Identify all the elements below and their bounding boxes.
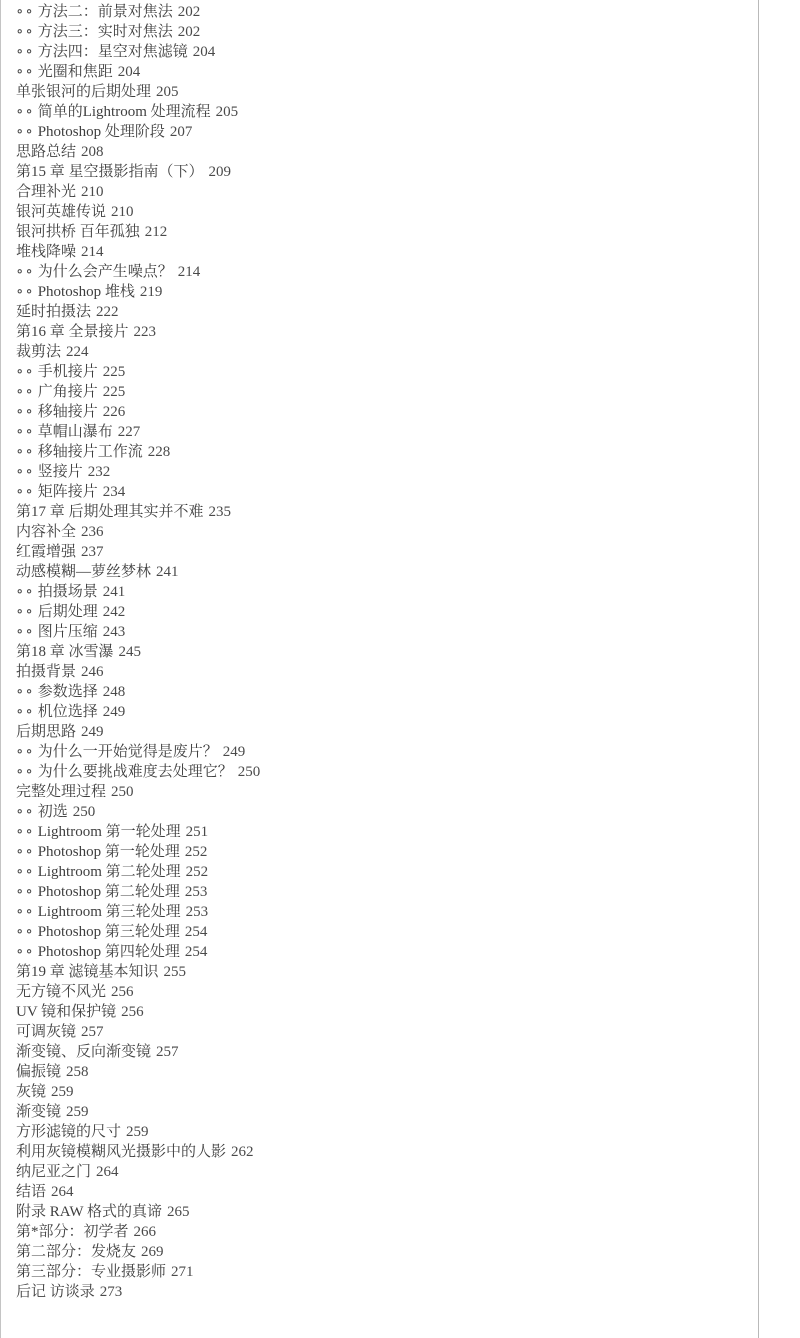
toc-row: ∘∘方法三：实时对焦法202 [16, 22, 754, 42]
toc-entry-title: 后记 访谈录 [16, 1284, 95, 1300]
double-circle-bullet-icon: ∘∘ [16, 122, 35, 142]
toc-entry-title: 第*部分：初学者 [16, 1224, 129, 1240]
toc-entry-title: 第18 章 冰雪瀑 [16, 644, 114, 660]
toc-entry-title: 参数选择 [38, 684, 98, 700]
toc-entry-title: 为什么一开始觉得是废片？ [38, 744, 218, 760]
toc-entry-title: 单张银河的后期处理 [16, 84, 151, 100]
toc-entry-title: 拍摄背景 [16, 664, 76, 680]
toc-entry-title: 方法三：实时对焦法 [38, 24, 173, 40]
toc-entry-page-number: 243 [103, 624, 126, 640]
toc-row: ∘∘Photoshop 第四轮处理254 [16, 942, 754, 962]
toc-row: UV 镜和保护镜256 [16, 1002, 754, 1022]
toc-entry-page-number: 241 [156, 564, 179, 580]
double-circle-bullet-icon: ∘∘ [16, 22, 35, 42]
toc-entry-page-number: 257 [156, 1044, 179, 1060]
toc-row: ∘∘Photoshop 处理阶段207 [16, 122, 754, 142]
toc-row: 堆栈降噪214 [16, 242, 754, 262]
toc-entry-page-number: 249 [223, 744, 246, 760]
toc-entry-page-number: 246 [81, 664, 104, 680]
toc-row: 单张银河的后期处理205 [16, 82, 754, 102]
toc-entry-page-number: 250 [111, 784, 134, 800]
table-of-contents: ∘∘方法二：前景对焦法202 ∘∘方法三：实时对焦法202 ∘∘方法四：星空对焦… [1, 0, 800, 1302]
toc-entry-page-number: 264 [96, 1164, 119, 1180]
toc-row: ∘∘参数选择248 [16, 682, 754, 702]
toc-entry-page-number: 257 [81, 1024, 104, 1040]
toc-row: ∘∘Photoshop 第二轮处理253 [16, 882, 754, 902]
toc-entry-title: 内容补全 [16, 524, 76, 540]
toc-entry-page-number: 251 [186, 824, 209, 840]
toc-entry-title: Lightroom 第三轮处理 [38, 904, 181, 920]
double-circle-bullet-icon: ∘∘ [16, 442, 35, 462]
toc-entry-title: 银河拱桥 百年孤独 [16, 224, 140, 240]
toc-row: ∘∘为什么会产生噪点？214 [16, 262, 754, 282]
toc-entry-title: 后期处理 [38, 604, 98, 620]
toc-row: 利用灰镜模糊风光摄影中的人影262 [16, 1142, 754, 1162]
toc-entry-title: Photoshop 第三轮处理 [38, 924, 180, 940]
toc-row: 第19 章 滤镜基本知识255 [16, 962, 754, 982]
toc-entry-title: 第19 章 滤镜基本知识 [16, 964, 159, 980]
double-circle-bullet-icon: ∘∘ [16, 602, 35, 622]
toc-row: 可调灰镜257 [16, 1022, 754, 1042]
toc-entry-page-number: 259 [126, 1124, 149, 1140]
toc-row: 方形滤镜的尺寸259 [16, 1122, 754, 1142]
toc-row: 附录 RAW 格式的真谛265 [16, 1202, 754, 1222]
toc-entry-title: 为什么会产生噪点？ [38, 264, 173, 280]
toc-entry-title: 广角接片 [38, 384, 98, 400]
toc-row: ∘∘移轴接片226 [16, 402, 754, 422]
toc-entry-title: Lightroom 第二轮处理 [38, 864, 181, 880]
toc-entry-title: 草帽山瀑布 [38, 424, 113, 440]
toc-row: 合理补光210 [16, 182, 754, 202]
double-circle-bullet-icon: ∘∘ [16, 262, 35, 282]
toc-entry-page-number: 259 [51, 1084, 74, 1100]
double-circle-bullet-icon: ∘∘ [16, 382, 35, 402]
toc-entry-title: Photoshop 第一轮处理 [38, 844, 180, 860]
toc-row: ∘∘为什么要挑战难度去处理它？250 [16, 762, 754, 782]
toc-entry-title: 方法二：前景对焦法 [38, 4, 173, 20]
toc-row: 无方镜不风光256 [16, 982, 754, 1002]
toc-row: ∘∘Lightroom 第一轮处理251 [16, 822, 754, 842]
double-circle-bullet-icon: ∘∘ [16, 922, 35, 942]
toc-entry-title: 后期思路 [16, 724, 76, 740]
double-circle-bullet-icon: ∘∘ [16, 942, 35, 962]
toc-entry-title: 裁剪法 [16, 344, 61, 360]
toc-entry-page-number: 255 [164, 964, 187, 980]
toc-entry-title: Lightroom 第一轮处理 [38, 824, 181, 840]
toc-entry-title: 图片压缩 [38, 624, 98, 640]
double-circle-bullet-icon: ∘∘ [16, 362, 35, 382]
toc-entry-title: 银河英雄传说 [16, 204, 106, 220]
toc-entry-title: 思路总结 [16, 144, 76, 160]
toc-row: ∘∘Photoshop 第一轮处理252 [16, 842, 754, 862]
toc-entry-page-number: 205 [216, 104, 239, 120]
toc-entry-page-number: 228 [148, 444, 171, 460]
toc-entry-page-number: 250 [238, 764, 261, 780]
toc-entry-title: 可调灰镜 [16, 1024, 76, 1040]
toc-entry-title: 合理补光 [16, 184, 76, 200]
toc-row: ∘∘后期处理242 [16, 602, 754, 622]
toc-entry-page-number: 236 [81, 524, 104, 540]
toc-row: 第17 章 后期处理其实并不难235 [16, 502, 754, 522]
toc-entry-title: 机位选择 [38, 704, 98, 720]
toc-entry-page-number: 249 [103, 704, 126, 720]
toc-entry-title: 附录 RAW 格式的真谛 [16, 1204, 162, 1220]
toc-entry-page-number: 259 [66, 1104, 89, 1120]
toc-entry-title: 灰镜 [16, 1084, 46, 1100]
toc-entry-title: Photoshop 第二轮处理 [38, 884, 180, 900]
toc-entry-title: 完整处理过程 [16, 784, 106, 800]
double-circle-bullet-icon: ∘∘ [16, 582, 35, 602]
toc-row: 完整处理过程250 [16, 782, 754, 802]
toc-entry-title: 移轴接片 [38, 404, 98, 420]
toc-entry-page-number: 250 [73, 804, 96, 820]
double-circle-bullet-icon: ∘∘ [16, 902, 35, 922]
toc-entry-page-number: 226 [103, 404, 126, 420]
toc-row: ∘∘方法四：星空对焦滤镜204 [16, 42, 754, 62]
toc-entry-page-number: 237 [81, 544, 104, 560]
toc-entry-title: 光圈和焦距 [38, 64, 113, 80]
toc-row: 渐变镜259 [16, 1102, 754, 1122]
toc-row: 渐变镜、反向渐变镜257 [16, 1042, 754, 1062]
toc-row: ∘∘初选250 [16, 802, 754, 822]
toc-entry-title: 纳尼亚之门 [16, 1164, 91, 1180]
toc-row: 动感模糊—萝丝梦林241 [16, 562, 754, 582]
toc-row: ∘∘为什么一开始觉得是废片？249 [16, 742, 754, 762]
toc-entry-page-number: 235 [209, 504, 232, 520]
double-circle-bullet-icon: ∘∘ [16, 482, 35, 502]
double-circle-bullet-icon: ∘∘ [16, 862, 35, 882]
toc-entry-title: 简单的Lightroom 处理流程 [38, 104, 211, 120]
toc-entry-page-number: 256 [121, 1004, 144, 1020]
toc-entry-title: 无方镜不风光 [16, 984, 106, 1000]
toc-row: ∘∘拍摄场景241 [16, 582, 754, 602]
toc-entry-page-number: 249 [81, 724, 104, 740]
toc-row: 思路总结208 [16, 142, 754, 162]
toc-entry-title: 移轴接片工作流 [38, 444, 143, 460]
toc-entry-page-number: 227 [118, 424, 141, 440]
double-circle-bullet-icon: ∘∘ [16, 422, 35, 442]
toc-row: ∘∘简单的Lightroom 处理流程205 [16, 102, 754, 122]
toc-row: ∘∘Photoshop 第三轮处理254 [16, 922, 754, 942]
toc-row: ∘∘Lightroom 第三轮处理253 [16, 902, 754, 922]
toc-entry-page-number: 219 [140, 284, 163, 300]
toc-row: 后期思路249 [16, 722, 754, 742]
toc-entry-page-number: 225 [103, 364, 126, 380]
double-circle-bullet-icon: ∘∘ [16, 702, 35, 722]
toc-entry-page-number: 273 [100, 1284, 123, 1300]
double-circle-bullet-icon: ∘∘ [16, 802, 35, 822]
toc-entry-title: UV 镜和保护镜 [16, 1004, 116, 1020]
toc-row: ∘∘矩阵接片234 [16, 482, 754, 502]
double-circle-bullet-icon: ∘∘ [16, 42, 35, 62]
toc-row: 纳尼亚之门264 [16, 1162, 754, 1182]
double-circle-bullet-icon: ∘∘ [16, 62, 35, 82]
toc-entry-page-number: 262 [231, 1144, 254, 1160]
toc-entry-page-number: 248 [103, 684, 126, 700]
toc-entry-page-number: 223 [134, 324, 157, 340]
toc-row: ∘∘广角接片225 [16, 382, 754, 402]
toc-entry-page-number: 264 [51, 1184, 74, 1200]
toc-entry-page-number: 214 [178, 264, 201, 280]
toc-entry-title: 渐变镜 [16, 1104, 61, 1120]
double-circle-bullet-icon: ∘∘ [16, 622, 35, 642]
toc-entry-page-number: 252 [186, 864, 209, 880]
toc-entry-page-number: 254 [185, 924, 208, 940]
toc-entry-page-number: 242 [103, 604, 126, 620]
toc-entry-page-number: 225 [103, 384, 126, 400]
toc-entry-page-number: 210 [81, 184, 104, 200]
toc-row: 灰镜259 [16, 1082, 754, 1102]
toc-entry-title: 第17 章 后期处理其实并不难 [16, 504, 204, 520]
toc-entry-page-number: 265 [167, 1204, 190, 1220]
toc-row: 第15 章 星空摄影指南（下）209 [16, 162, 754, 182]
toc-entry-page-number: 252 [185, 844, 208, 860]
double-circle-bullet-icon: ∘∘ [16, 682, 35, 702]
toc-entry-title: Photoshop 处理阶段 [38, 124, 165, 140]
toc-entry-page-number: 232 [88, 464, 111, 480]
toc-entry-page-number: 205 [156, 84, 179, 100]
toc-entry-title: 结语 [16, 1184, 46, 1200]
double-circle-bullet-icon: ∘∘ [16, 402, 35, 422]
toc-entry-page-number: 269 [141, 1244, 164, 1260]
toc-page: ∘∘方法二：前景对焦法202 ∘∘方法三：实时对焦法202 ∘∘方法四：星空对焦… [0, 0, 800, 1338]
toc-entry-title: 第16 章 全景接片 [16, 324, 129, 340]
toc-row: 裁剪法224 [16, 342, 754, 362]
toc-entry-page-number: 214 [81, 244, 104, 260]
toc-entry-title: 第三部分：专业摄影师 [16, 1264, 166, 1280]
double-circle-bullet-icon: ∘∘ [16, 462, 35, 482]
toc-entry-page-number: 207 [170, 124, 193, 140]
double-circle-bullet-icon: ∘∘ [16, 102, 35, 122]
toc-entry-page-number: 256 [111, 984, 134, 1000]
toc-entry-title: 手机接片 [38, 364, 98, 380]
toc-row: 红霞增强237 [16, 542, 754, 562]
toc-entry-title: Photoshop 第四轮处理 [38, 944, 180, 960]
toc-entry-page-number: 202 [178, 4, 201, 20]
toc-entry-title: 方法四：星空对焦滤镜 [38, 44, 188, 60]
toc-row: 第三部分：专业摄影师271 [16, 1262, 754, 1282]
toc-row: ∘∘草帽山瀑布227 [16, 422, 754, 442]
toc-entry-page-number: 209 [209, 164, 232, 180]
toc-entry-page-number: 208 [81, 144, 104, 160]
toc-entry-title: 第15 章 星空摄影指南（下） [16, 164, 204, 180]
toc-entry-page-number: 253 [186, 904, 209, 920]
toc-entry-title: 红霞增强 [16, 544, 76, 560]
toc-row: 后记 访谈录273 [16, 1282, 754, 1302]
toc-row: 银河拱桥 百年孤独212 [16, 222, 754, 242]
toc-entry-page-number: 224 [66, 344, 89, 360]
toc-entry-title: 竖接片 [38, 464, 83, 480]
toc-row: 第*部分：初学者266 [16, 1222, 754, 1242]
toc-entry-page-number: 234 [103, 484, 126, 500]
toc-row: ∘∘Lightroom 第二轮处理252 [16, 862, 754, 882]
toc-row: ∘∘手机接片225 [16, 362, 754, 382]
toc-entry-page-number: 222 [96, 304, 119, 320]
toc-entry-page-number: 210 [111, 204, 134, 220]
double-circle-bullet-icon: ∘∘ [16, 822, 35, 842]
toc-row: 延时拍摄法222 [16, 302, 754, 322]
double-circle-bullet-icon: ∘∘ [16, 742, 35, 762]
toc-row: ∘∘机位选择249 [16, 702, 754, 722]
toc-entry-page-number: 271 [171, 1264, 194, 1280]
toc-entry-title: 第二部分：发烧友 [16, 1244, 136, 1260]
toc-entry-title: 初选 [38, 804, 68, 820]
toc-row: 银河英雄传说210 [16, 202, 754, 222]
toc-entry-page-number: 212 [145, 224, 168, 240]
toc-row: ∘∘方法二：前景对焦法202 [16, 2, 754, 22]
double-circle-bullet-icon: ∘∘ [16, 282, 35, 302]
toc-entry-title: 利用灰镜模糊风光摄影中的人影 [16, 1144, 226, 1160]
toc-row: 拍摄背景246 [16, 662, 754, 682]
toc-entry-title: 方形滤镜的尺寸 [16, 1124, 121, 1140]
toc-row: ∘∘光圈和焦距204 [16, 62, 754, 82]
toc-entry-title: 拍摄场景 [38, 584, 98, 600]
toc-row: ∘∘移轴接片工作流228 [16, 442, 754, 462]
toc-entry-title: 矩阵接片 [38, 484, 98, 500]
toc-entry-title: 延时拍摄法 [16, 304, 91, 320]
toc-entry-page-number: 241 [103, 584, 126, 600]
toc-entry-title: 渐变镜、反向渐变镜 [16, 1044, 151, 1060]
toc-entry-title: 动感模糊—萝丝梦林 [16, 564, 151, 580]
toc-row: 结语264 [16, 1182, 754, 1202]
toc-row: 内容补全236 [16, 522, 754, 542]
toc-row: 第16 章 全景接片223 [16, 322, 754, 342]
toc-row: 第二部分：发烧友269 [16, 1242, 754, 1262]
double-circle-bullet-icon: ∘∘ [16, 842, 35, 862]
toc-entry-title: 偏振镜 [16, 1064, 61, 1080]
content-right-border [758, 0, 759, 1338]
toc-entry-page-number: 266 [134, 1224, 157, 1240]
toc-entry-title: 为什么要挑战难度去处理它？ [38, 764, 233, 780]
toc-row: ∘∘Photoshop 堆栈219 [16, 282, 754, 302]
toc-entry-page-number: 258 [66, 1064, 89, 1080]
double-circle-bullet-icon: ∘∘ [16, 882, 35, 902]
toc-entry-title: 堆栈降噪 [16, 244, 76, 260]
toc-row: ∘∘图片压缩243 [16, 622, 754, 642]
toc-entry-page-number: 202 [178, 24, 201, 40]
toc-entry-page-number: 254 [185, 944, 208, 960]
toc-entry-page-number: 245 [119, 644, 142, 660]
double-circle-bullet-icon: ∘∘ [16, 2, 35, 22]
toc-row: 偏振镜258 [16, 1062, 754, 1082]
toc-entry-title: Photoshop 堆栈 [38, 284, 135, 300]
toc-entry-page-number: 204 [193, 44, 216, 60]
toc-row: 第18 章 冰雪瀑245 [16, 642, 754, 662]
toc-entry-page-number: 204 [118, 64, 141, 80]
toc-row: ∘∘竖接片232 [16, 462, 754, 482]
toc-entry-page-number: 253 [185, 884, 208, 900]
double-circle-bullet-icon: ∘∘ [16, 762, 35, 782]
